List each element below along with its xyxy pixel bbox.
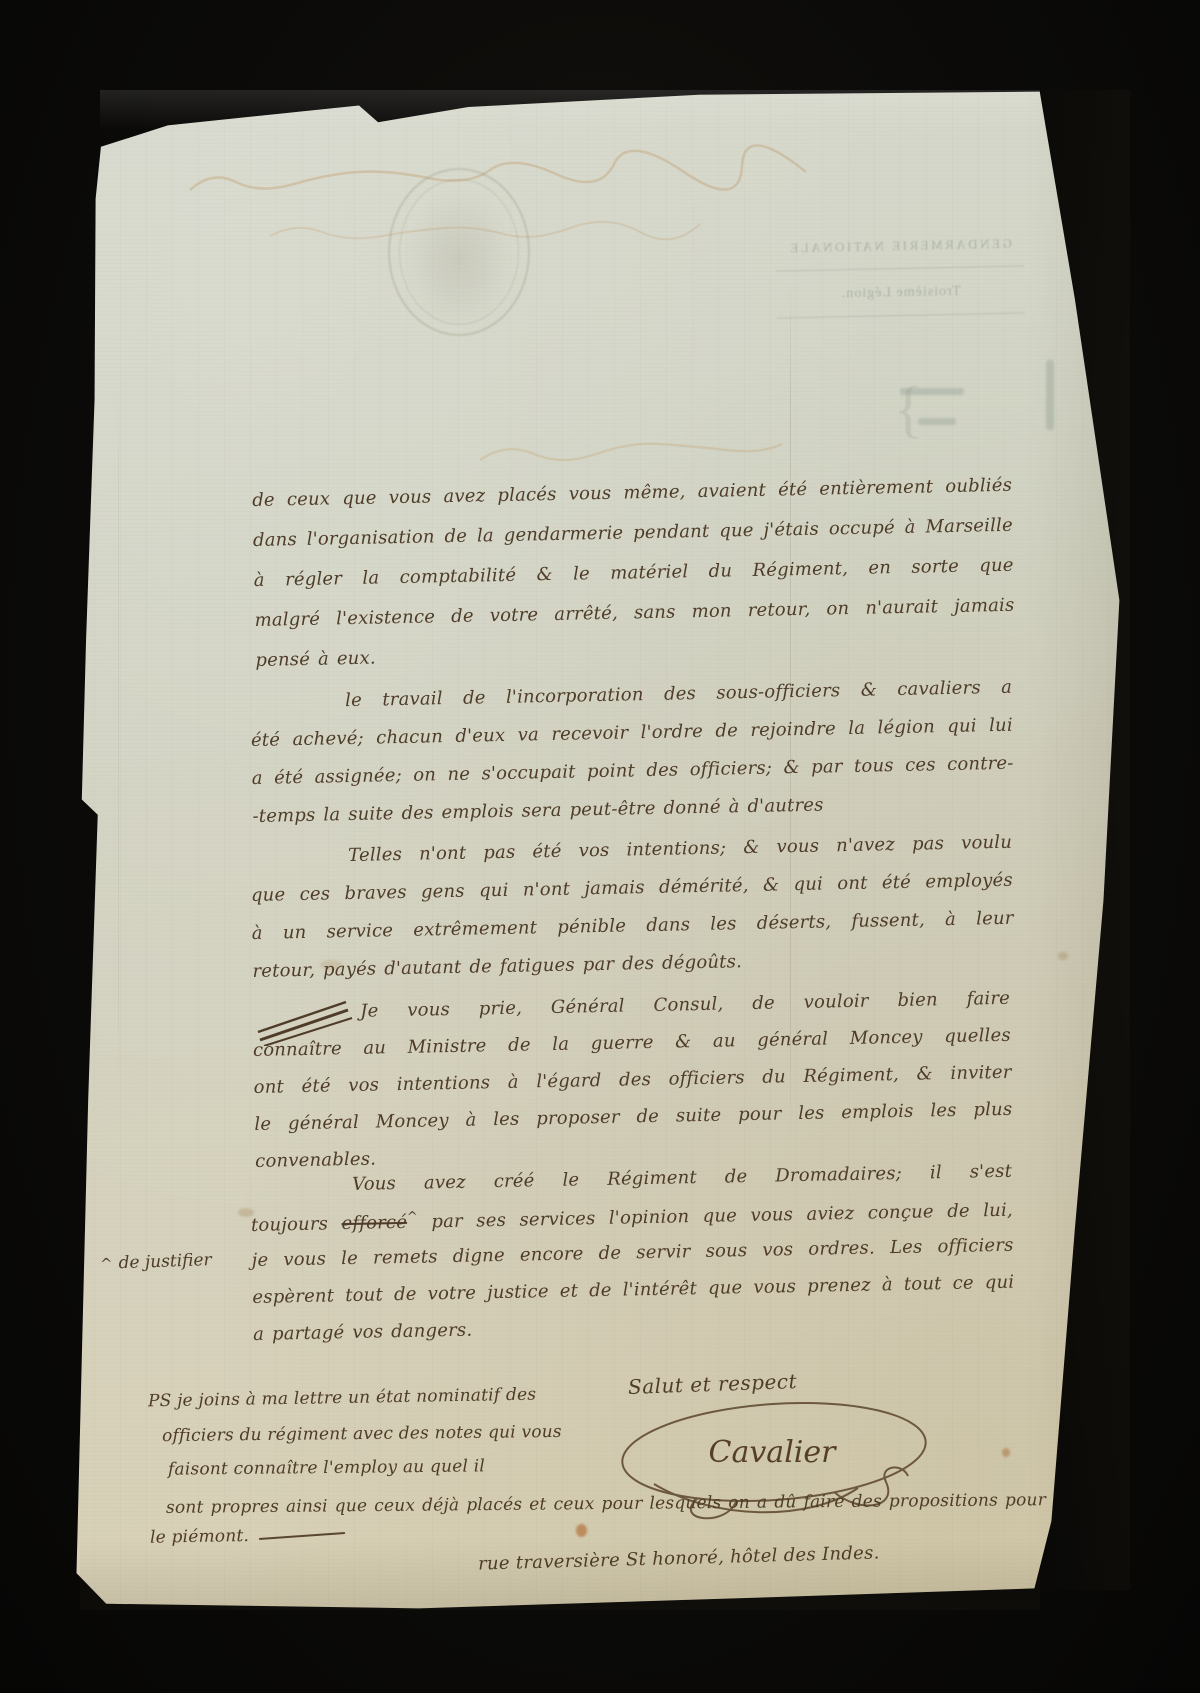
left-edge-crease xyxy=(118,380,119,1100)
paragraph-3: Telles n'ont pas été vos intentions; & v… xyxy=(250,832,1015,999)
ghost-letterhead-subtitle: Troisième Légion. xyxy=(758,282,1043,304)
margin-note-text: de justifier xyxy=(118,1250,212,1273)
struck-word: efforcé xyxy=(341,1212,407,1234)
ghost-label-2 xyxy=(918,418,956,425)
embossed-oval-stamp xyxy=(388,168,530,336)
foxing-spot xyxy=(576,1524,587,1537)
insertion-caret: ^ xyxy=(100,1255,113,1273)
postscript-line: faisont connaître l'employ au quel il xyxy=(168,1456,485,1479)
paragraph-2: le travail de l'incorporation des sous-o… xyxy=(250,677,1015,844)
foxing-spot xyxy=(1002,1448,1010,1457)
postscript-text: le piémont. xyxy=(150,1526,249,1548)
ghost-label-3 xyxy=(1046,360,1054,430)
postscript-line: officiers du régiment avec des notes qui… xyxy=(162,1422,562,1446)
insertion-caret: ^ xyxy=(407,1210,418,1225)
ghost-brace: } xyxy=(893,372,924,446)
closing-dash xyxy=(259,1532,345,1540)
foxing-spot xyxy=(1058,952,1068,960)
ghost-rule-top xyxy=(776,265,1024,271)
ghost-label-1 xyxy=(900,388,964,395)
embossed-oval-stamp-inner xyxy=(399,179,519,325)
ghost-letterhead: GENDARMERIE NATIONALE Troisième Légion. xyxy=(757,235,1044,319)
paragraph-4: Je vous prie, Général Consul, de vouloir… xyxy=(252,988,1014,1188)
paragraph-5: Vous avez créé le Régiment de Dromadaire… xyxy=(250,1161,1016,1361)
postscript-line-last: le piémont. xyxy=(150,1524,345,1547)
photograph-of-manuscript-letter: GENDARMERIE NATIONALE Troisième Légion. … xyxy=(0,0,1200,1693)
paragraph-1: de ceux que vous avez placés vous même, … xyxy=(252,475,1016,690)
line-text: toujours xyxy=(251,1213,342,1236)
margin-insertion-note: ^de justifier xyxy=(100,1250,212,1274)
